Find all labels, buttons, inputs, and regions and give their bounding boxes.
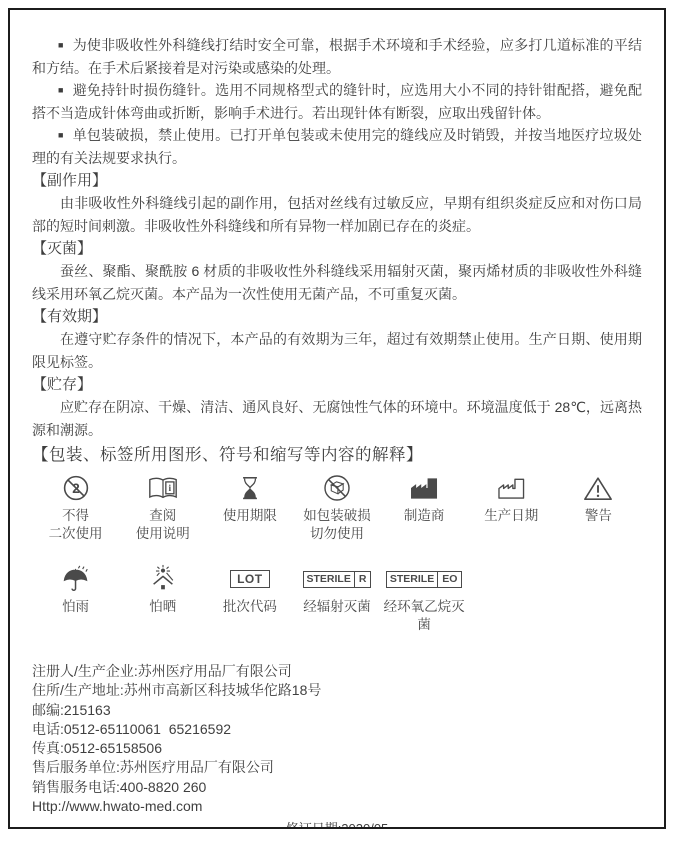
section-title: 【有效期】: [32, 305, 642, 328]
sales-hotline-line: 销售服务电话:400-8820 260: [32, 778, 642, 797]
symbol-label: 经辐射灭菌: [293, 598, 380, 616]
section-title: 【副作用】: [32, 169, 642, 192]
section-sterilization: 【灭菌】 蚕丝、聚酯、聚酰胺 6 材质的非吸收性外科缝线采用辐射灭菌，聚丙烯材质…: [32, 237, 642, 305]
bullet-text: 避免持针时损伤缝针。选用不同规格型式的缝针时，应选用大小不同的持针钳配搭，避免配…: [32, 82, 642, 121]
symbol-label: 警告: [555, 507, 642, 525]
warning-icon: [555, 473, 642, 503]
keep-dry-icon: [32, 564, 119, 594]
sterile-eo-suffix: EO: [437, 572, 461, 587]
manufacturer-contact-block: 注册人/生产企业:苏州医疗用品厂有限公司 住所/生产地址:苏州市高新区科技城华佗…: [32, 662, 642, 816]
manufacture-date-icon: [468, 473, 555, 503]
bullet-paragraph: ■避免持针时损伤缝针。选用不同规格型式的缝针时，应选用大小不同的持针钳配搭，避免…: [32, 79, 642, 124]
section-body: 由非吸收性外科缝线引起的副作用，包括对丝线有过敏反应，早期有组织炎症反应和对伤口…: [32, 192, 642, 237]
symbol-warning: 警告: [555, 473, 642, 525]
package-damaged-icon: [293, 473, 380, 503]
symbol-use-by-date: 使用期限: [206, 473, 293, 525]
symbol-label: 怕雨: [32, 598, 119, 616]
sterile-eo-icon: STERILEEO: [381, 564, 468, 594]
consult-instructions-icon: i: [119, 473, 206, 503]
lot-text: LOT: [237, 572, 263, 586]
section-title: 【灭菌】: [32, 237, 642, 260]
symbol-batch-code: LOT 批次代码: [206, 564, 293, 616]
no-reuse-icon: 2: [32, 473, 119, 503]
registrant-line: 注册人/生产企业:苏州医疗用品厂有限公司: [32, 662, 642, 681]
bullet-text: 为使非吸收性外科缝线打结时安全可靠，根据手术环境和手术经验，应多打几道标准的平结…: [32, 37, 642, 76]
symbol-sterile-radiation: STERILER 经辐射灭菌: [293, 564, 380, 616]
section-body: 蚕丝、聚酯、聚酰胺 6 材质的非吸收性外科缝线采用辐射灭菌，聚丙烯材质的非吸收性…: [32, 260, 642, 305]
symbol-label: 使用期限: [206, 507, 293, 525]
section-title: 【贮存】: [32, 373, 642, 396]
section-side-effects: 【副作用】 由非吸收性外科缝线引起的副作用，包括对丝线有过敏反应，早期有组织炎症…: [32, 169, 642, 237]
square-bullet-icon: ■: [58, 130, 64, 140]
symbol-keep-from-sunlight: 怕晒: [119, 564, 206, 616]
section-body: 应贮存在阴凉、干燥、清洁、通风良好、无腐蚀性气体的环境中。环境温度低于 28℃，…: [32, 396, 642, 441]
bullet-paragraph: ■单包装破损，禁止使用。已打开单包装或未使用完的缝线应及时销毁，并按当地医疗垃圾…: [32, 124, 642, 169]
symbols-row-1: 2 不得 二次使用 i 查阅 使用说明 使用期限 如包装破损 切勿使用: [32, 473, 642, 543]
keep-from-sunlight-icon: [119, 564, 206, 594]
section-shelf-life: 【有效期】 在遵守贮存条件的情况下，本产品的有效期为三年，超过有效期禁止使用。生…: [32, 305, 642, 373]
symbol-label: 制造商: [381, 507, 468, 525]
symbol-manufacturer: 制造商: [381, 473, 468, 525]
sterile-text: STERILE: [387, 572, 437, 587]
website-line: Http://www.hwato-med.com: [32, 797, 642, 816]
symbol-package-damaged: 如包装破损 切勿使用: [293, 473, 380, 543]
document-page: ■为使非吸收性外科缝线打结时安全可靠，根据手术环境和手术经验，应多打几道标准的平…: [8, 8, 666, 829]
square-bullet-icon: ■: [58, 85, 64, 95]
symbol-consult-instructions: i 查阅 使用说明: [119, 473, 206, 543]
sterile-r-suffix: R: [354, 572, 371, 587]
manufacturer-icon: [381, 473, 468, 503]
lot-icon: LOT: [206, 564, 293, 594]
section-body: 在遵守贮存条件的情况下，本产品的有效期为三年，超过有效期禁止使用。生产日期、使用…: [32, 328, 642, 373]
symbol-label: 经环氧乙烷灭菌: [381, 598, 468, 634]
symbol-label: 如包装破损 切勿使用: [293, 507, 380, 543]
symbol-no-reuse: 2 不得 二次使用: [32, 473, 119, 543]
sterile-r-icon: STERILER: [293, 564, 380, 594]
bullet-paragraph: ■为使非吸收性外科缝线打结时安全可靠，根据手术环境和手术经验，应多打几道标准的平…: [32, 34, 642, 79]
symbol-label: 不得 二次使用: [32, 507, 119, 543]
phone-line: 电话:0512-65110061 65216592: [32, 720, 642, 739]
postcode-line: 邮编:215163: [32, 701, 642, 720]
symbol-label: 生产日期: [468, 507, 555, 525]
symbols-section-title: 【包装、标签所用图形、符号和缩写等内容的解释】: [32, 442, 642, 468]
symbol-label: 批次代码: [206, 598, 293, 616]
address-line: 住所/生产地址:苏州市高新区科技城华佗路18号: [32, 681, 642, 700]
revision-date: 修订日期:2020/05: [32, 820, 642, 829]
symbol-manufacture-date: 生产日期: [468, 473, 555, 525]
symbol-keep-dry: 怕雨: [32, 564, 119, 616]
bullet-text: 单包装破损，禁止使用。已打开单包装或未使用完的缝线应及时销毁，并按当地医疗垃圾处…: [32, 127, 642, 166]
fax-line: 传真:0512-65158506: [32, 739, 642, 758]
after-sales-line: 售后服务单位:苏州医疗用品厂有限公司: [32, 758, 642, 777]
symbols-row-2: 怕雨 怕晒 LOT 批次代码 STERILER 经辐射灭菌 STERILEEO …: [32, 564, 642, 634]
sterile-text: STERILE: [304, 572, 354, 587]
svg-text:i: i: [168, 484, 171, 494]
square-bullet-icon: ■: [58, 40, 64, 50]
symbol-label: 查阅 使用说明: [119, 507, 206, 543]
section-storage: 【贮存】 应贮存在阴凉、干燥、清洁、通风良好、无腐蚀性气体的环境中。环境温度低于…: [32, 373, 642, 441]
symbol-label: 怕晒: [119, 598, 206, 616]
symbol-sterile-eo: STERILEEO 经环氧乙烷灭菌: [381, 564, 468, 634]
use-by-date-icon: [206, 473, 293, 503]
